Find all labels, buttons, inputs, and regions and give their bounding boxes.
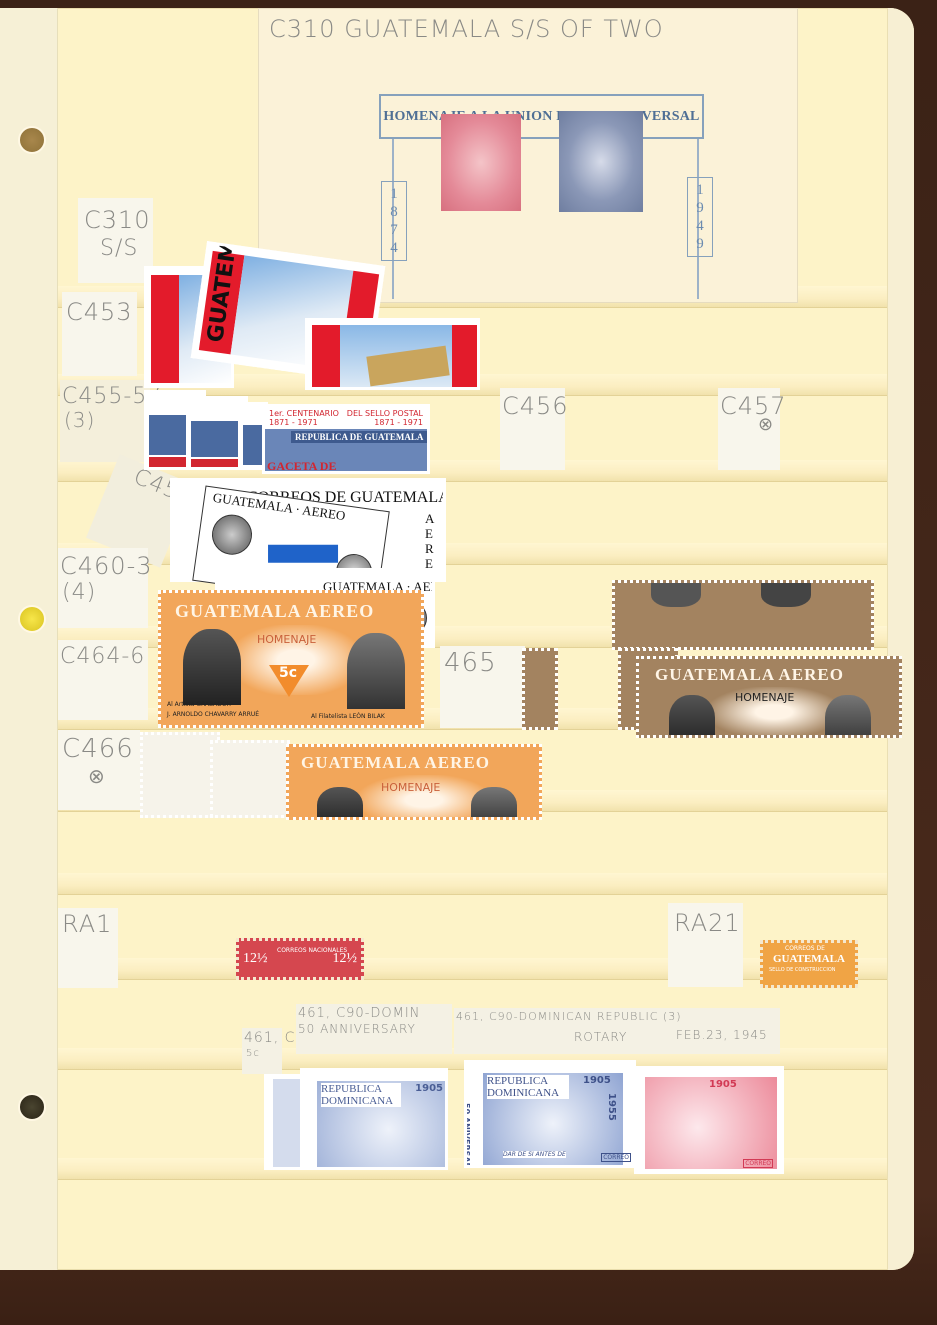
- label-c457: C457 ⊗: [718, 388, 780, 470]
- stamp-c466-margin-2: [210, 740, 290, 818]
- stamp-c464: GUATEMALA AEREO HOMENAJE 5c Al Artista G…: [158, 590, 424, 728]
- stock-sheet: C310 GUATEMALA S/S OF TWO HOMENAJE A LA …: [0, 8, 914, 1270]
- stamp-c453-3: [305, 318, 480, 390]
- stamp-dominican-4-red: 1905 CORREO: [634, 1066, 784, 1174]
- label-c466: C466 ⊗: [58, 730, 140, 810]
- pocket-strip: [58, 873, 887, 895]
- label-c455: C455-57 (3): [60, 380, 150, 462]
- year-right: 1 9 4 9: [687, 177, 713, 257]
- label-c310: C310 S/S: [78, 198, 153, 283]
- stamp-c465: GUATEMALA AEREO HOMENAJE: [636, 656, 902, 738]
- title-note: C310 GUATEMALA S/S OF TWO: [269, 15, 664, 43]
- label-c453: C453: [62, 292, 137, 376]
- stamp-c466: GUATEMALA AEREO HOMENAJE: [286, 744, 542, 820]
- label-ra1: RA1: [58, 908, 118, 988]
- binding-margin: [0, 8, 58, 1270]
- stamp-c465-inverted: [612, 580, 874, 650]
- stamp-c455-4: 1er. CENTENARIO 1871 - 1971 DEL SELLO PO…: [262, 404, 430, 474]
- binder-hole-middle: [18, 605, 46, 633]
- stamp-c466-margin: [140, 732, 220, 818]
- souvenir-title: HOMENAJE A LA UNION POSTAL UNIVERSAL: [379, 94, 704, 139]
- coat-of-arms-stamp-blue: [559, 111, 643, 212]
- label-465: 465: [440, 646, 525, 728]
- year-left: 1 8 7 4: [381, 181, 407, 261]
- note-dom-right: 461, C90-DOMINICAN REPUBLIC (3) ROTARY F…: [454, 1008, 780, 1054]
- label-c456: C456: [500, 388, 565, 470]
- quetzal-stamp-red: [441, 114, 521, 211]
- album-page: C310 GUATEMALA S/S OF TWO HOMENAJE A LA …: [0, 8, 937, 1320]
- binder-hole-top: [18, 126, 46, 154]
- note-dom-mid: 461, C90-DOMIN 50 ANNIVERSARY: [296, 1004, 452, 1054]
- note-dom-left: 461, C 5c: [242, 1028, 282, 1074]
- stamp-ra1: 12½ CORREOS NACIONALES 12½: [236, 938, 364, 980]
- binder-hole-bottom: [18, 1093, 46, 1121]
- label-ra21: RA21: [668, 903, 743, 987]
- stamp-dominican-2: REPUBLICA DOMINICANA 1905: [300, 1068, 448, 1170]
- label-c464: C464-6: [58, 640, 148, 720]
- stamp-dominican-3: REPUBLICA DOMINICANA 1905 1955 50 ANIVER…: [464, 1060, 636, 1168]
- stamp-c465-edge: [522, 648, 558, 730]
- label-c460: C460-3 (4): [58, 548, 148, 628]
- stamp-ra21: CORREOS DE GUATEMALA SELLO DE CONSTRUCCI…: [760, 940, 858, 988]
- right-margin: [887, 8, 914, 1270]
